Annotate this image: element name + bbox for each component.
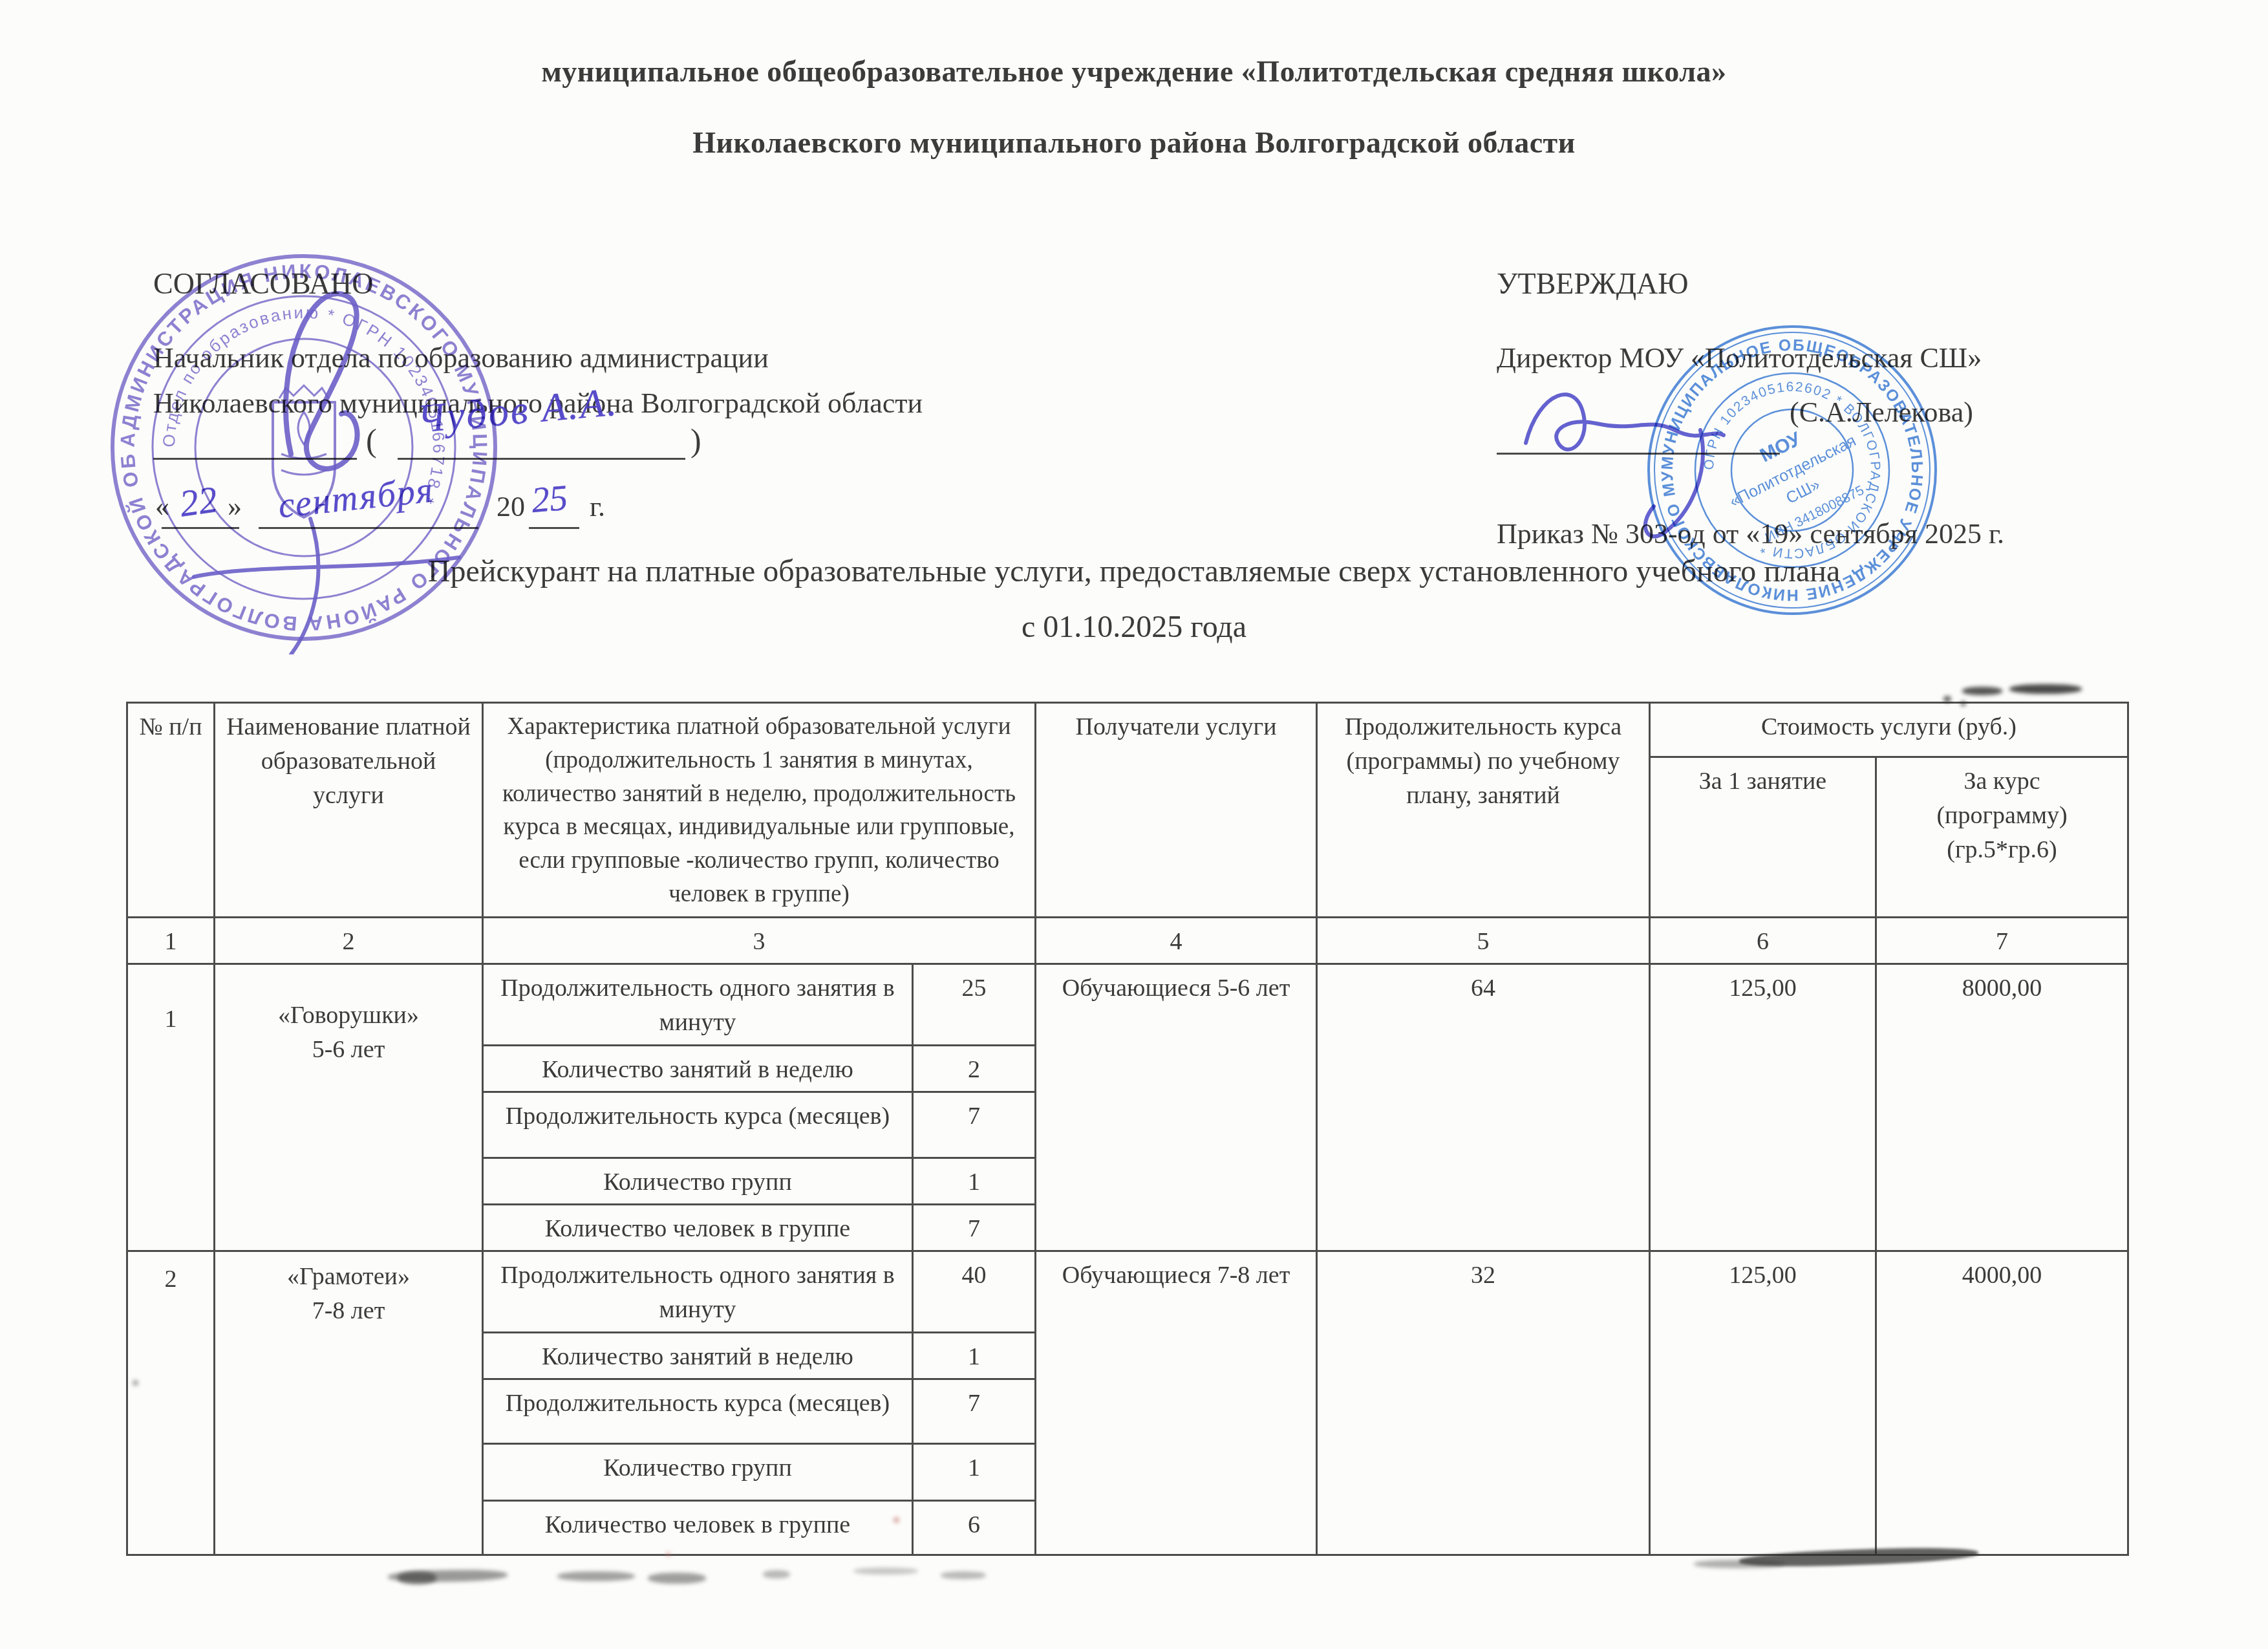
handwritten-year: 25 bbox=[530, 477, 569, 522]
round-stamp-left: АДМИНИСТРАЦИЯ НИКОЛАЕВСКОГО МУНИЦИПАЛЬНО… bbox=[97, 241, 511, 654]
bottom-smudge bbox=[648, 1573, 706, 1584]
price-table: № п/п Наименование платной образовательн… bbox=[126, 702, 2129, 1556]
header-characteristic: Характеристика платной образовательной у… bbox=[483, 703, 1036, 918]
row2-num: 2 bbox=[127, 1251, 215, 1555]
stamp-left-ring2-text: Отдел по образованию * ОГРН 102340516671… bbox=[159, 303, 449, 508]
header-per-course: За курс (программу) (гр.5*гр.6) bbox=[1876, 757, 2128, 918]
row2-name: «Грамотеи» 7-8 лет bbox=[215, 1251, 483, 1555]
row2-recipients: Обучающиеся 7-8 лет bbox=[1036, 1251, 1317, 1555]
header-num: № п/п bbox=[127, 703, 215, 918]
row1-recipients: Обучающиеся 5-6 лет bbox=[1036, 964, 1317, 1251]
handwritten-signature-right bbox=[1506, 333, 1804, 546]
table-row: 2 «Грамотеи» 7-8 лет Продолжительность о… bbox=[127, 1251, 2128, 1332]
header-duration: Продолжительность курса (программы) по у… bbox=[1317, 703, 1650, 918]
row2-price-course: 4000,00 bbox=[1876, 1251, 2128, 1555]
row2-duration: 32 bbox=[1317, 1251, 1650, 1555]
scanned-document-page: муниципальное общеобразовательное учрежд… bbox=[0, 0, 2268, 1649]
bottom-smudge bbox=[941, 1571, 986, 1579]
speck bbox=[893, 1517, 899, 1523]
row2-price-lesson: 125,00 bbox=[1650, 1251, 1876, 1555]
bottom-smudge bbox=[557, 1571, 635, 1581]
row1-num: 1 bbox=[127, 964, 215, 1251]
year-line bbox=[529, 527, 579, 529]
row1-price-lesson: 125,00 bbox=[1650, 964, 1876, 1251]
org-title-line1: муниципальное общеобразовательное учрежд… bbox=[0, 54, 2268, 89]
bottom-smudge bbox=[763, 1570, 790, 1579]
approved-title: УТВЕРЖДАЮ bbox=[1497, 266, 1689, 301]
header-service-name: Наименование платной образовательной усл… bbox=[215, 703, 483, 918]
header-recipients: Получатели услуги bbox=[1036, 703, 1317, 918]
close-paren: ) bbox=[690, 422, 701, 459]
ink-smudge bbox=[1960, 701, 1966, 706]
table-row: 1 «Говорушки» 5-6 лет Продолжительность … bbox=[127, 964, 2128, 1045]
header-per-lesson: За 1 занятие bbox=[1650, 757, 1876, 918]
speck bbox=[133, 1380, 138, 1386]
bottom-smudge bbox=[1694, 1560, 1784, 1568]
header-cost-group: Стоимость услуги (руб.) bbox=[1650, 703, 2128, 757]
ink-smudge bbox=[1943, 696, 1951, 702]
org-title-line2: Николаевского муниципального района Волг… bbox=[0, 125, 2268, 160]
column-number-row: 1 2 3 4 5 6 7 bbox=[127, 918, 2128, 964]
year-suffix: г. bbox=[590, 490, 605, 523]
bottom-smudge bbox=[853, 1568, 918, 1575]
row1-name: «Говорушки» 5-6 лет bbox=[215, 964, 483, 1251]
svg-text:Отдел по образованию * ОГРН 10: Отдел по образованию * ОГРН 102340516671… bbox=[159, 303, 449, 508]
speck bbox=[666, 1552, 670, 1557]
ink-smudge bbox=[1962, 687, 2002, 695]
row1-duration: 64 bbox=[1317, 964, 1650, 1251]
ink-smudge bbox=[2009, 684, 2082, 694]
row1-price-course: 8000,00 bbox=[1876, 964, 2128, 1251]
bottom-smudge bbox=[398, 1571, 436, 1584]
